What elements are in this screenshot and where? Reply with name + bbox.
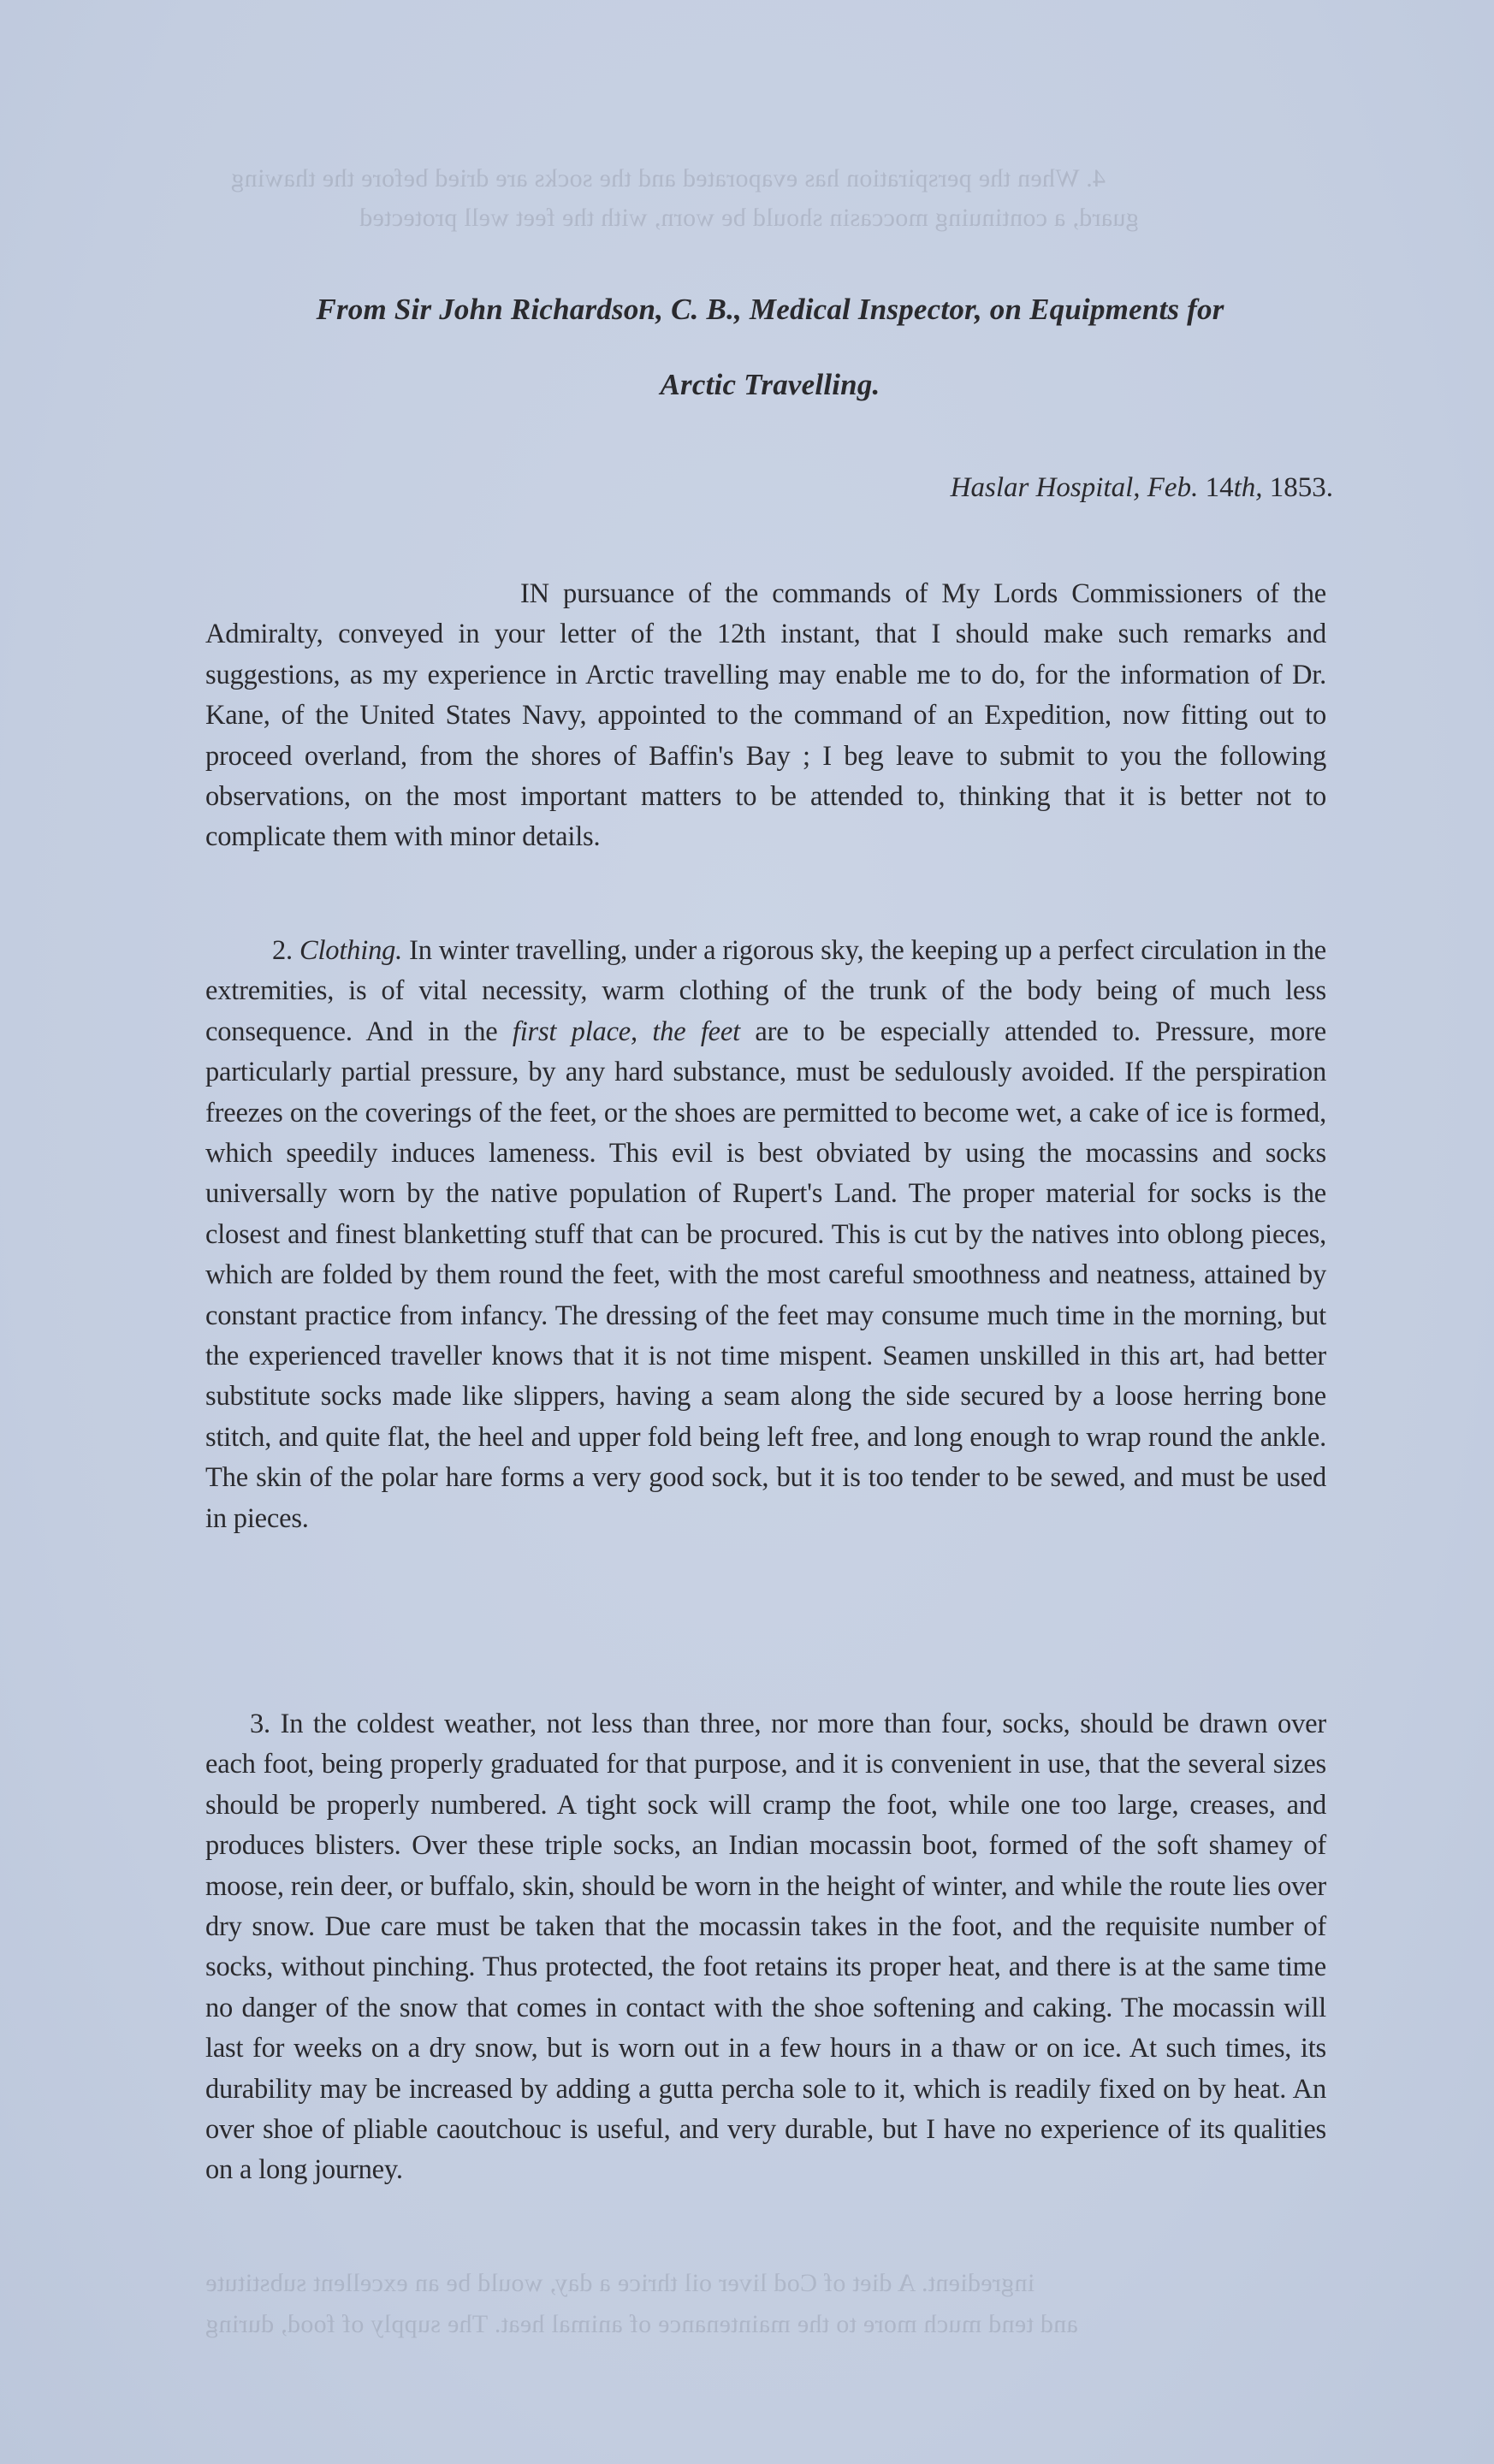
document-page: 4. When the perspiration has evaporated … [0,0,1494,2464]
dateline-place: Haslar Hospital, [951,472,1141,503]
paragraph-clothing: 2. Clothing. In winter travelling, under… [205,931,1326,1539]
paragraph-introduction: IN pursuance of the commands of My Lords… [205,574,1326,858]
document-heading: From Sir John Richardson, C. B., Medical… [214,293,1326,327]
show-through-text: ingredient. A diet of Cod liver oil thri… [205,2269,1035,2298]
paragraph-socks: 3. In the coldest weather, not less than… [205,1704,1326,2191]
dateline-month: Feb. [1147,472,1199,503]
dateline: Haslar Hospital, Feb. 14th, 1853. [951,472,1333,504]
dateline-day: 14 [1206,472,1234,503]
paragraph-text-continued: are to be especially attended to. Pressu… [205,1016,1326,1534]
show-through-text: and tend much more to the maintenance of… [205,2310,1078,2339]
emphasis-text: first place, the feet [513,1016,740,1047]
dateline-year: 1853. [1270,472,1333,503]
dateline-day-suffix: th, [1234,472,1263,503]
paragraph-number: 2. [272,935,293,966]
paragraph-number: 3. [250,1709,270,1739]
show-through-text: 4. When the perspiration has evaporated … [231,164,1106,193]
show-through-text: guard, a continuing moccasin should be w… [359,204,1139,233]
paragraph-text: IN pursuance of the commands of My Lords… [205,574,1326,858]
section-title: Clothing. [299,935,402,966]
document-heading-continued: Arctic Travelling. [214,368,1326,402]
paragraph-text: In the coldest weather, not less than th… [205,1709,1326,2185]
